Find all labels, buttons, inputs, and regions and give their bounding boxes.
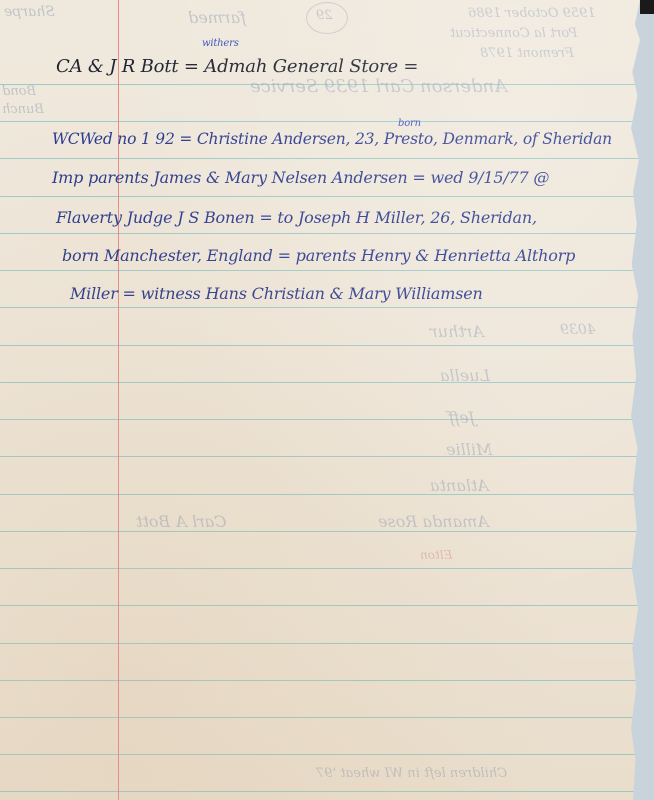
born-annotation: born (398, 118, 421, 129)
rule-line (0, 456, 640, 457)
bleed-text: farmed (188, 8, 246, 27)
rule-line (0, 121, 640, 122)
rule-line (0, 419, 640, 420)
bleed-text: Children left in WI wheat '97 (316, 766, 507, 781)
entry-line-2: Imp parents James & Mary Nelsen Andersen… (52, 168, 549, 187)
bleed-text: Bond (2, 84, 36, 99)
scan-background (638, 0, 654, 800)
rule-line (0, 270, 640, 271)
entry-line-5: Miller = witness Hans Christian & Mary W… (70, 284, 483, 303)
bleed-text: Sharpe (4, 4, 55, 20)
bleed-text: Luella (440, 366, 490, 385)
rule-line (0, 754, 640, 755)
heading-annotation: withers (202, 38, 239, 49)
rule-line (0, 494, 640, 495)
entry-line-1: WCWed no 1 92 = Christine Andersen, 23, … (52, 130, 612, 148)
heading-line: CA & J R Bott = Admah General Store = (56, 56, 418, 77)
rule-line (0, 605, 640, 606)
bleed-text: Carl A Bott (136, 512, 227, 531)
bleed-text: Jeff (448, 408, 475, 427)
bleed-text: 29 (316, 8, 333, 23)
rule-line (0, 791, 640, 792)
entry-line-3: Flaverty Judge J S Bonen = to Joseph H M… (56, 208, 537, 227)
rule-line (0, 158, 640, 159)
bleed-text: Elton (420, 548, 452, 562)
rule-line (0, 531, 640, 532)
rule-line (0, 196, 640, 197)
notebook-page: Sharpe farmed 29 1959 October 1986 Port … (0, 0, 640, 800)
bleed-text: Port la Connecticut (450, 26, 577, 41)
entry-line-4: born Manchester, England = parents Henry… (62, 246, 575, 265)
rule-line (0, 717, 640, 718)
rule-line (0, 568, 640, 569)
bleed-text: Millie (446, 440, 492, 459)
margin-line (118, 0, 119, 800)
rule-line (0, 345, 640, 346)
rule-line (0, 680, 640, 681)
bleed-text: Arthur (430, 322, 484, 341)
bleed-text: Atlanta (430, 476, 489, 495)
bleed-text: 4039 (560, 322, 596, 338)
rule-line (0, 382, 640, 383)
bleed-text: Bunch (2, 102, 44, 117)
bleed-text: 1959 October 1986 (468, 6, 596, 21)
rule-line (0, 307, 640, 308)
scan-corner-shadow (640, 0, 654, 14)
bleed-text: Amanda Rose (378, 512, 489, 531)
rule-line (0, 643, 640, 644)
bleed-text: Fremont 1978 (480, 46, 574, 61)
rule-line (0, 233, 640, 234)
bleed-text: Anderson Carl 1939 Service (250, 76, 507, 97)
